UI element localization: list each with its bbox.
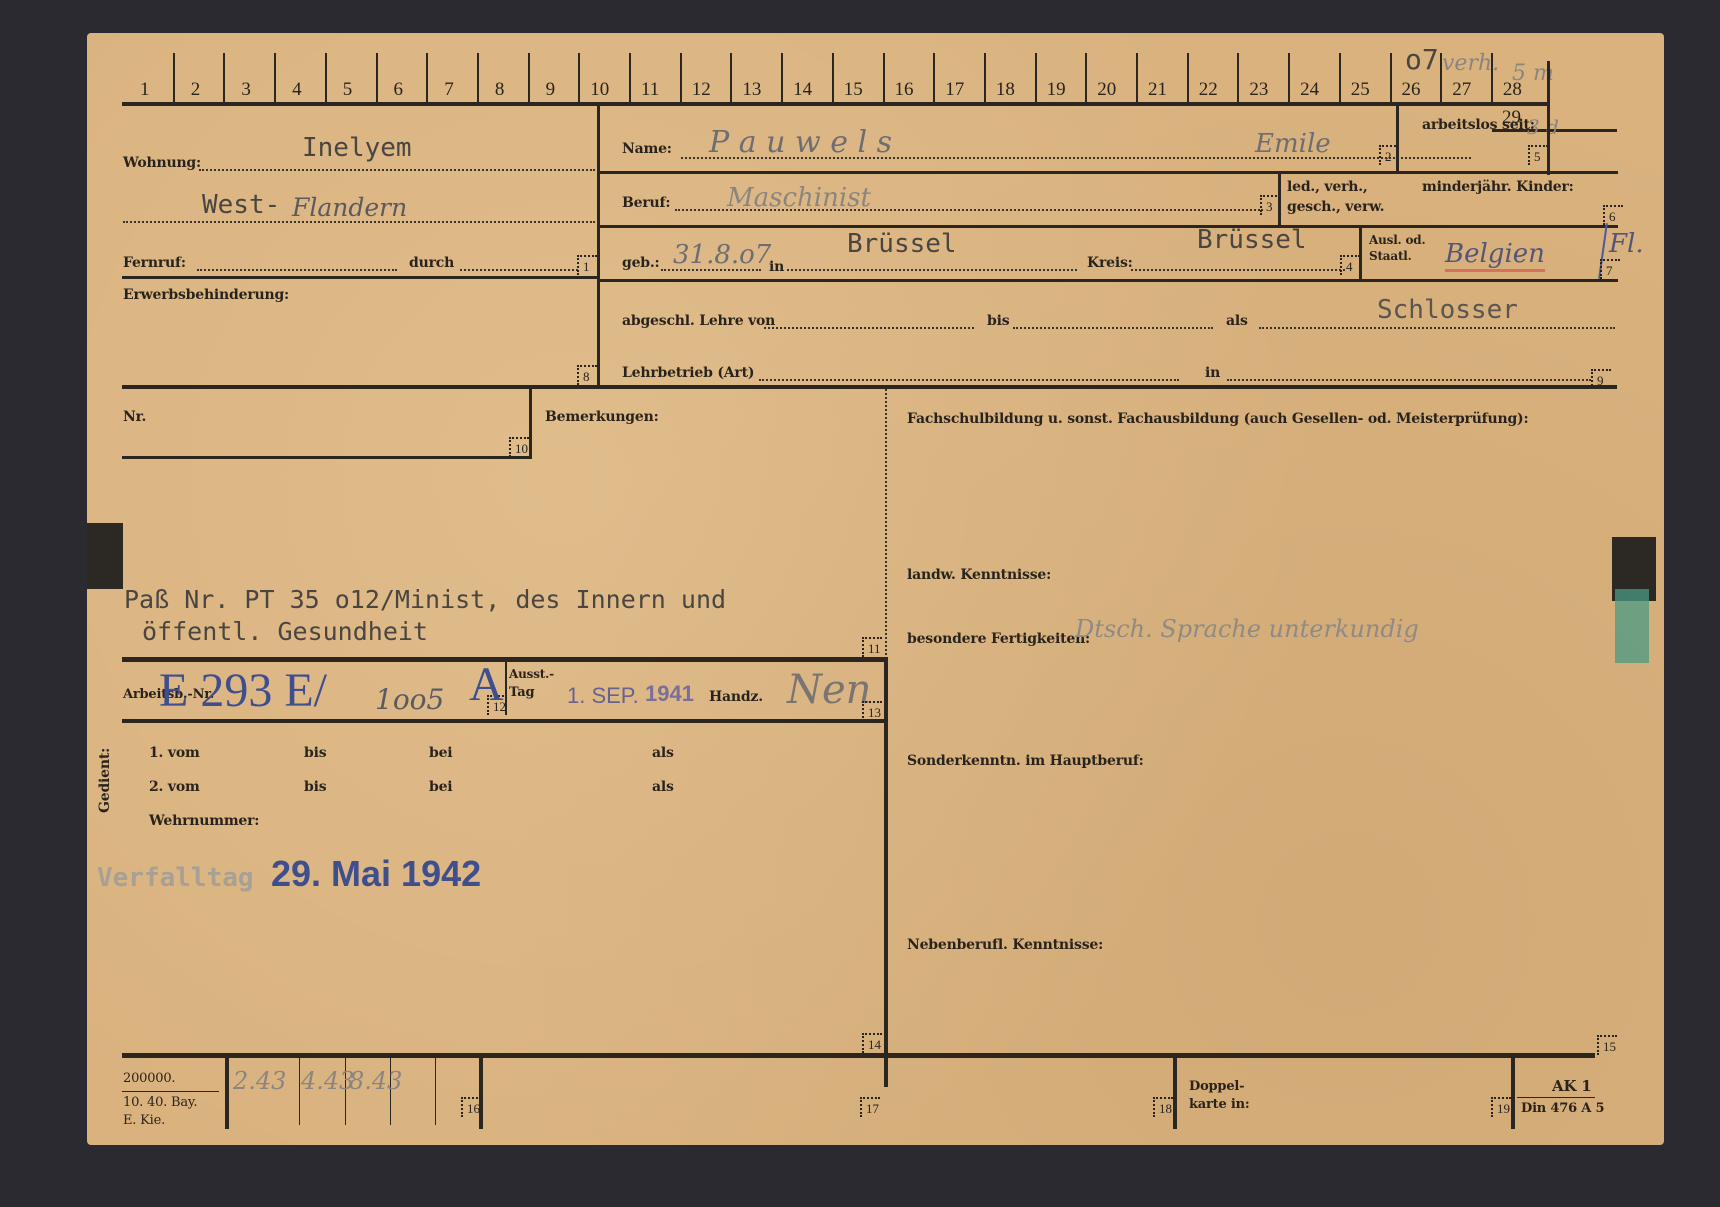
dotted-line <box>1227 379 1591 381</box>
divider <box>1511 1055 1515 1129</box>
divider <box>299 1055 300 1125</box>
arbeitsbuch-stamp-letter: A <box>469 657 504 712</box>
dotted-line <box>1013 327 1213 329</box>
dotted-line <box>199 169 595 171</box>
gedient-1-als: als <box>652 745 674 761</box>
divider <box>1396 106 1399 174</box>
doppelkarte-label-2: karte in: <box>1189 1097 1249 1112</box>
gedient-2-bei: bei <box>429 779 452 795</box>
field-box-15: 15 <box>1597 1035 1617 1055</box>
ruler-tick <box>223 53 225 103</box>
arbeitsbuch-stamp: E 293 E/ <box>159 663 327 718</box>
ruler-tick <box>1035 53 1037 103</box>
ruler-tick <box>1085 53 1087 103</box>
gedient-2-bis: bis <box>304 779 326 795</box>
arbeitslos-label: arbeitslos seit: <box>1422 117 1535 133</box>
divider <box>1359 227 1362 281</box>
field-box-5: 5 <box>1528 145 1548 165</box>
column-20: 20 <box>1097 79 1116 101</box>
erwerb-label: Erwerbsbehinderung: <box>123 287 289 303</box>
column-2: 2 <box>191 79 201 101</box>
ruler-tick <box>1136 53 1138 103</box>
column-6: 6 <box>394 79 404 101</box>
name-label: Name: <box>622 141 672 157</box>
ruler-tick <box>477 53 479 103</box>
ruler-tick <box>984 53 986 103</box>
divider <box>225 1055 229 1129</box>
nr-label: Nr. <box>123 409 146 425</box>
index-tab-left <box>87 523 123 589</box>
dotted-line <box>197 269 397 271</box>
arbeitsbuch-handwritten: 1oo5 <box>375 683 444 716</box>
ruler-tick <box>1288 53 1290 103</box>
dotted-line <box>759 379 1179 381</box>
ruler-tick <box>730 53 732 103</box>
dotted-line <box>1259 327 1615 329</box>
geb-label: geb.: <box>622 255 660 271</box>
column-5: 5 <box>343 79 353 101</box>
divider <box>122 276 598 279</box>
column-13: 13 <box>742 79 761 101</box>
verfalltag-typed: Verfalltag <box>97 863 254 893</box>
gedient-1-bis: bis <box>304 745 326 761</box>
wohnung-line2-italic: Flandern <box>292 193 407 222</box>
column-25: 25 <box>1351 79 1370 101</box>
dotted-line <box>460 269 578 271</box>
ruler-tick <box>883 53 885 103</box>
field-box-10: 10 <box>509 437 529 457</box>
ruler-tick <box>274 53 276 103</box>
kinder-label: minderjähr. Kinder: <box>1422 179 1574 195</box>
surname-value[interactable]: P a u w e l s <box>709 125 892 160</box>
field-box-4: 4 <box>1340 255 1360 275</box>
lehrbetrieb-label: Lehrbetrieb (Art) <box>622 365 754 381</box>
field-box-13: 13 <box>862 701 882 721</box>
ausst-label-1: Ausst.- <box>509 667 554 681</box>
fernruf-label: Fernruf: <box>123 255 186 271</box>
column-26: 26 <box>1402 79 1421 101</box>
green-color-mark <box>1615 589 1649 663</box>
gedient-2-als: als <box>652 779 674 795</box>
ruler-tick <box>578 53 580 103</box>
column-3: 3 <box>241 79 251 101</box>
besondere-value[interactable]: Dtsch. Sprache unterkundig <box>1075 615 1419 643</box>
staat-label-1: Ausl. od. <box>1369 233 1425 247</box>
print-info-1: 10. 40. Bay. <box>123 1095 197 1110</box>
divider <box>1173 1055 1177 1129</box>
nebenberuf-label: Nebenberufl. Kenntnisse: <box>907 937 1103 953</box>
field-box-7: 7 <box>1600 259 1620 279</box>
ruler-tick <box>376 53 378 103</box>
divider <box>598 225 1618 228</box>
column-4: 4 <box>292 79 302 101</box>
ruler-tick <box>629 53 631 103</box>
ruler-tick <box>1390 53 1392 103</box>
column-16: 16 <box>895 79 914 101</box>
staat-note: Fl. <box>1609 229 1644 259</box>
ruler-tick <box>680 53 682 103</box>
column-15: 15 <box>844 79 863 101</box>
field-box-19: 19 <box>1491 1097 1511 1117</box>
field-box-1: 1 <box>577 255 597 275</box>
ruler-tick <box>933 53 935 103</box>
dotted-divider <box>885 389 887 679</box>
field-box-14: 14 <box>862 1033 882 1053</box>
wohnung-line2-typed[interactable]: West- <box>202 190 280 220</box>
form-id: AK 1 <box>1552 1077 1592 1095</box>
annotation-verh: verh. <box>1442 51 1499 76</box>
column-21: 21 <box>1148 79 1167 101</box>
doppelkarte-label-1: Doppel- <box>1189 1079 1244 1094</box>
footer-divider <box>122 1053 1595 1058</box>
print-info-2: E. Kie. <box>123 1113 165 1128</box>
divider <box>1278 173 1281 227</box>
ruler-tick <box>528 53 530 103</box>
dotted-line <box>787 269 1077 271</box>
divider <box>598 279 1618 282</box>
birth-date[interactable]: 31.8.o7 <box>673 240 771 270</box>
divider <box>598 171 1618 174</box>
lehre-label: abgeschl. Lehre von <box>622 313 775 329</box>
lehre-als-label: als <box>1226 313 1248 329</box>
birth-place[interactable]: Brüssel <box>847 229 957 259</box>
divider <box>122 456 532 459</box>
ausst-label-2: Tag <box>509 685 534 700</box>
firstname-value[interactable]: Emile <box>1255 129 1331 159</box>
divider <box>435 1055 436 1125</box>
column-8: 8 <box>495 79 505 101</box>
divider <box>529 389 532 459</box>
column-19: 19 <box>1047 79 1066 101</box>
bemerkungen-label: Bemerkungen: <box>545 409 659 425</box>
column-18: 18 <box>996 79 1015 101</box>
fachschul-label: Fachschulbildung u. sonst. Fachausbildun… <box>907 411 1528 427</box>
handz-signature: Nen <box>787 667 871 713</box>
dotted-line <box>1131 269 1345 271</box>
ruler-tick <box>1187 53 1189 103</box>
lehrbetrieb-in-label: in <box>1205 365 1220 381</box>
besondere-label: besondere Fertigkeiten: <box>907 631 1090 647</box>
ruler-tick <box>173 53 175 103</box>
column-17: 17 <box>945 79 964 101</box>
ruler-tick <box>1237 53 1239 103</box>
beruf-value[interactable]: Maschinist <box>727 183 871 213</box>
divider <box>122 385 1617 389</box>
field-box-8: 8 <box>577 365 597 385</box>
gedient-1-bei: bei <box>429 745 452 761</box>
column-1: 1 <box>140 79 150 101</box>
column-22: 22 <box>1199 79 1218 101</box>
field-box-16: 16 <box>461 1097 481 1117</box>
ausst-year: 1941 <box>645 681 694 707</box>
familienstand-line2: gesch., verw. <box>1287 199 1384 215</box>
field-box-17: 17 <box>860 1097 880 1117</box>
column-12: 12 <box>692 79 711 101</box>
gedient-2-vom: 2. vom <box>149 779 200 795</box>
familienstand-line1: led., verh., <box>1287 179 1368 195</box>
ruler-baseline <box>122 102 1548 106</box>
field-box-11: 11 <box>862 637 882 657</box>
ruler-tick <box>832 53 834 103</box>
registration-card: 1234567891011121314151617181920212223242… <box>87 33 1664 1145</box>
fernruf-durch-label: durch <box>409 255 454 271</box>
kreis-label: Kreis: <box>1087 255 1133 271</box>
ruler-tick <box>426 53 428 103</box>
ruler-tick <box>781 53 783 103</box>
column-14: 14 <box>793 79 812 101</box>
pass-line-2: öffentl. Gesundheit <box>142 617 428 646</box>
divider <box>505 661 507 715</box>
divider <box>597 106 600 388</box>
footer-date-3: 8.43 <box>349 1067 402 1095</box>
divider <box>1517 1097 1595 1098</box>
din-norm: Din 476 A 5 <box>1521 1101 1604 1116</box>
wehrnummer-label: Wehrnummer: <box>149 813 259 829</box>
footer-date-1: 2.43 <box>233 1067 286 1095</box>
wohnung-line1[interactable]: Inelyem <box>302 133 412 163</box>
footer-date-2: 4.43 <box>301 1067 354 1095</box>
field-box-18: 18 <box>1153 1097 1173 1117</box>
ruler-tick <box>1339 53 1341 103</box>
annotation-07: o7 <box>1405 43 1439 76</box>
pass-line-1: Paß Nr. PT 35 o12/Minist, des Innern und <box>124 585 726 614</box>
wohnung-label: Wohnung: <box>123 155 201 171</box>
landw-label: landw. Kenntnisse: <box>907 567 1051 583</box>
verfalltag-stamp: 29. Mai 1942 <box>271 853 481 895</box>
column-9: 9 <box>546 79 556 101</box>
handz-label: Handz. <box>709 689 763 705</box>
geb-in-label: in <box>769 259 784 275</box>
lehre-value[interactable]: Schlosser <box>1377 295 1518 325</box>
divider <box>122 719 888 723</box>
dotted-line <box>764 327 974 329</box>
divider <box>122 1091 219 1092</box>
column-11: 11 <box>641 79 659 101</box>
divider <box>479 1055 483 1129</box>
gedient-label: Gedient: <box>97 748 113 813</box>
staat-label-2: Staatl. <box>1369 249 1412 263</box>
column-7: 7 <box>444 79 454 101</box>
column-23: 23 <box>1249 79 1268 101</box>
sonderkenntn-label: Sonderkenntn. im Hauptberuf: <box>907 753 1144 769</box>
ausst-date: 1. SEP. <box>567 683 639 709</box>
staat-value[interactable]: Belgien <box>1445 239 1545 272</box>
print-run: 200000. <box>123 1071 175 1086</box>
field-box-6: 6 <box>1603 205 1623 225</box>
lehre-bis-label: bis <box>987 313 1009 329</box>
divider <box>1547 61 1550 175</box>
beruf-label: Beruf: <box>622 195 670 211</box>
column-24: 24 <box>1300 79 1319 101</box>
ruler-tick <box>325 53 327 103</box>
column-10: 10 <box>590 79 609 101</box>
field-box-3: 3 <box>1260 195 1280 215</box>
gedient-1-vom: 1. vom <box>149 745 200 761</box>
column-27: 27 <box>1452 79 1471 101</box>
kreis-value[interactable]: Brüssel <box>1197 225 1307 255</box>
